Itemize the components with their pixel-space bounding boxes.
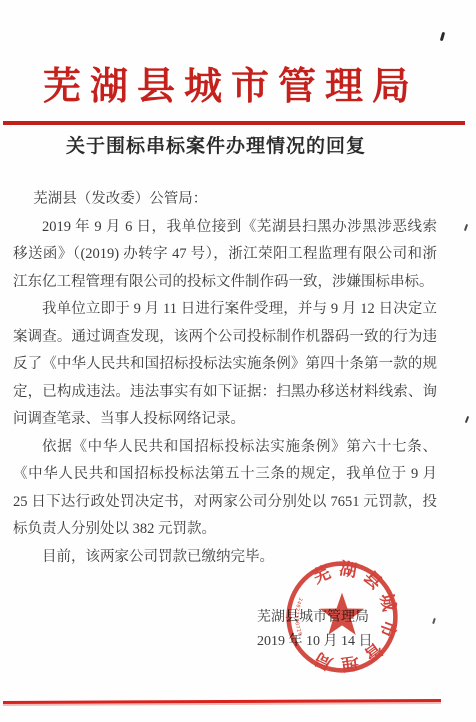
letterhead-divider bbox=[3, 121, 465, 125]
scan-artifact bbox=[465, 416, 469, 423]
paragraph-2: 我单位立即于 9 月 11 日进行案件受理，并与 9 月 12 日决定立案调查。… bbox=[13, 296, 437, 434]
paragraph-1: 2019 年 9 月 6 日，我单位接到《芜湖县扫黑办涉黑涉恶线索移送函》（(2… bbox=[13, 214, 437, 297]
paragraph-3: 依据《中华人民共和国招标投标法实施条例》第六十七条、《中华人民共和国招标投标法第… bbox=[13, 434, 437, 544]
scanned-official-letter: 芜湖县城市管理局 关于围标串标案件办理情况的回复 芜湖县（发改委）公管局： 20… bbox=[0, 0, 476, 722]
scan-artifact bbox=[432, 618, 436, 624]
official-seal-stamp: 芜湖县城市管理局 3402218072045 bbox=[283, 557, 401, 677]
letterhead-agency-name: 芜湖县城市管理局 bbox=[0, 64, 476, 110]
salutation: 芜湖县（发改委）公管局： bbox=[13, 186, 437, 214]
letter-body: 芜湖县（发改委）公管局： 2019 年 9 月 6 日，我单位接到《芜湖县扫黑办… bbox=[13, 186, 437, 571]
footer-divider bbox=[3, 699, 441, 704]
scan-artifact bbox=[464, 224, 468, 231]
scan-artifact bbox=[440, 32, 445, 41]
document-title: 关于围标串标案件办理情况的回复 bbox=[0, 134, 476, 160]
seal-star-icon bbox=[320, 593, 365, 635]
